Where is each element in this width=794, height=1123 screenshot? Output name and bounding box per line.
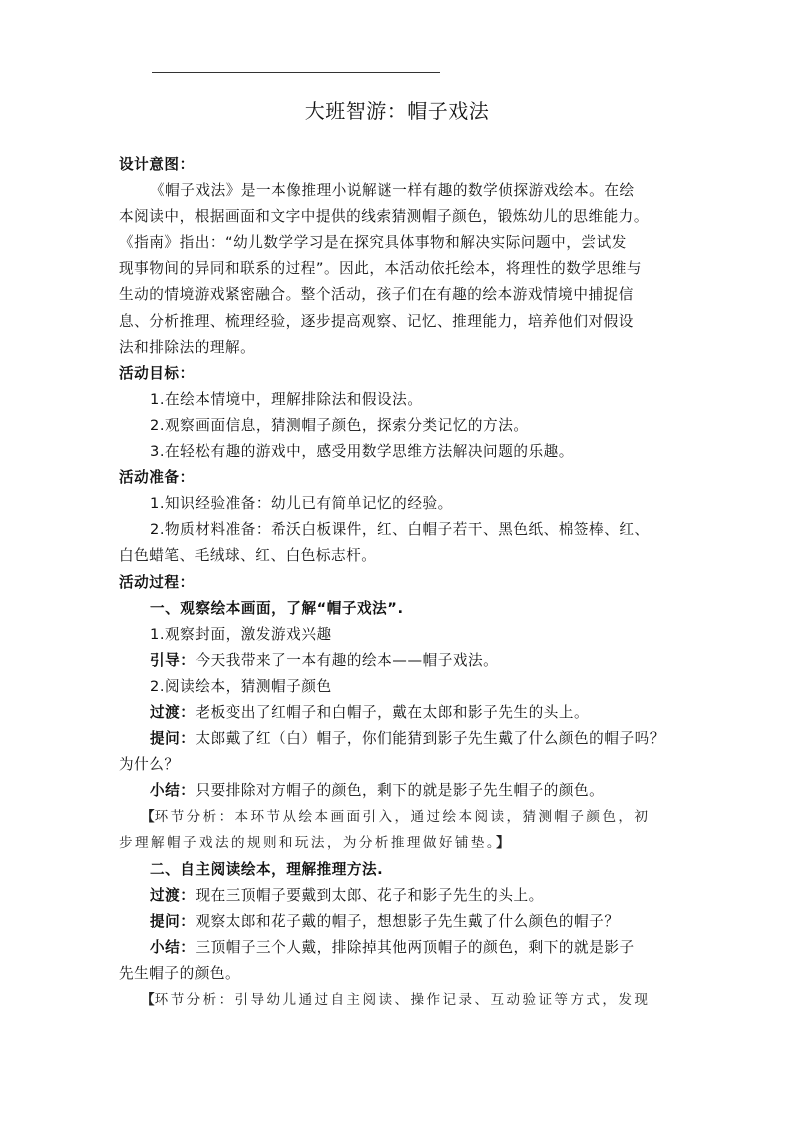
question-text: 观察太郎和花子戴的帽子，想想影子先生戴了什么颜色的帽子？ (195, 913, 619, 930)
analysis-close-bracket: 】 (496, 835, 510, 851)
section1-summary: 小结：只要排除对方帽子的颜色，剩下的就是影子先生帽子的颜色。 (119, 778, 684, 804)
section1-question-cont: 为什么？ (119, 752, 684, 778)
design-intent-line: 《帽子戏法》是一本像推理小说解谜一样有趣的数学侦探游戏绘本。在绘 (119, 178, 684, 204)
transition-label: 过渡： (150, 704, 195, 721)
document-title: 大班智游：帽子戏法 (0, 98, 794, 124)
analysis-open-bracket: 【 (141, 809, 155, 825)
design-intent-heading: 设计意图： (119, 152, 684, 178)
section1-title: 一、观察绘本画面，了解“帽子戏法”. (119, 596, 684, 622)
goals-heading: 活动目标： (119, 361, 684, 387)
header-rule (152, 72, 440, 73)
analysis-text: 环节分析：引导幼儿通过自主阅读、操作记录、互动验证等方式，发现 (155, 992, 651, 1008)
goal-item: 2.观察画面信息，猜测帽子颜色，探索分类记忆的方法。 (119, 413, 684, 439)
goal-item: 1.在绘本情境中，理解排除法和假设法。 (119, 387, 684, 413)
design-intent-line: 现事物间的异同和联系的过程”。因此，本活动依托绘本，将理性的数学思维与 (119, 256, 684, 282)
question-label: 提问： (150, 730, 195, 747)
section2-title: 二、自主阅读绘本，理解推理方法. (119, 857, 684, 883)
process-heading: 活动过程： (119, 570, 684, 596)
section1-question: 提问：太郎戴了红（白）帽子，你们能猜到影子先生戴了什么颜色的帽子吗？ (119, 726, 684, 752)
section1-step2: 2.阅读绘本，猜测帽子颜色 (119, 674, 684, 700)
section1-analysis-cont: 步理解帽子戏法的规则和玩法，为分析推理做好铺垫。】 (119, 830, 684, 856)
design-intent-line: 法和排除法的理解。 (119, 335, 684, 361)
section2-question: 提问：观察太郎和花子戴的帽子，想想影子先生戴了什么颜色的帽子？ (119, 909, 684, 935)
analysis-open-bracket: 【 (141, 992, 155, 1008)
summary-text: 只要排除对方帽子的颜色，剩下的就是影子先生帽子的颜色。 (195, 782, 604, 799)
question-text: 太郎戴了红（白）帽子，你们能猜到影子先生戴了什么颜色的帽子吗？ (195, 730, 664, 747)
guide-text: 今天我带来了一本有趣的绘本——帽子戏法。 (195, 652, 498, 669)
summary-text: 三顶帽子三个人戴，排除掉其他两顶帽子的颜色，剩下的就是影子 (195, 939, 634, 956)
document-body: 设计意图： 《帽子戏法》是一本像推理小说解谜一样有趣的数学侦探游戏绘本。在绘 本… (119, 152, 684, 1013)
section2-analysis: 【环节分析：引导幼儿通过自主阅读、操作记录、互动验证等方式，发现 (119, 987, 684, 1013)
analysis-text-cont: 步理解帽子戏法的规则和玩法，为分析推理做好铺垫。 (119, 835, 496, 851)
preparation-item-cont: 白色蜡笔、毛绒球、红、白色标志杆。 (119, 543, 684, 569)
section1-analysis: 【环节分析：本环节从绘本画面引入，通过绘本阅读，猜测帽子颜色，初 (119, 804, 684, 830)
summary-label: 小结： (150, 939, 195, 956)
guide-label: 引导： (150, 652, 195, 669)
design-intent-line: 《指南》指出：“幼儿数学学习是在探究具体事物和解决实际问题中，尝试发 (119, 230, 684, 256)
section2-summary-cont: 先生帽子的颜色。 (119, 961, 684, 987)
section2-transition: 过渡：现在三顶帽子要戴到太郎、花子和影子先生的头上。 (119, 883, 684, 909)
summary-label: 小结： (150, 782, 195, 799)
goal-item: 3.在轻松有趣的游戏中，感受用数学思维方法解决问题的乐趣。 (119, 439, 684, 465)
preparation-item: 2.物质材料准备：希沃白板课件，红、白帽子若干、黑色纸、棉签棒、红、 (119, 517, 684, 543)
section2-summary: 小结：三顶帽子三个人戴，排除掉其他两顶帽子的颜色，剩下的就是影子 (119, 935, 684, 961)
preparation-item: 1.知识经验准备：幼儿已有简单记忆的经验。 (119, 491, 684, 517)
preparation-heading: 活动准备： (119, 465, 684, 491)
design-intent-line: 本阅读中，根据画面和文字中提供的线索猜测帽子颜色，锻炼幼儿的思维能力。 (119, 204, 684, 230)
transition-label: 过渡： (150, 887, 195, 904)
transition-text: 老板变出了红帽子和白帽子，戴在太郎和影子先生的头上。 (195, 704, 589, 721)
question-label: 提问： (150, 913, 195, 930)
analysis-text: 环节分析：本环节从绘本画面引入，通过绘本阅读，猜测帽子颜色，初 (155, 809, 651, 825)
transition-text: 现在三顶帽子要戴到太郎、花子和影子先生的头上。 (195, 887, 543, 904)
section1-step1: 1.观察封面，激发游戏兴趣 (119, 622, 684, 648)
section1-guide: 引导：今天我带来了一本有趣的绘本——帽子戏法。 (119, 648, 684, 674)
design-intent-line: 生动的情境游戏紧密融合。整个活动，孩子们在有趣的绘本游戏情境中捕捉信 (119, 282, 684, 308)
design-intent-line: 息、分析推理、梳理经验，逐步提高观察、记忆、推理能力，培养他们对假设 (119, 309, 684, 335)
section1-transition: 过渡：老板变出了红帽子和白帽子，戴在太郎和影子先生的头上。 (119, 700, 684, 726)
